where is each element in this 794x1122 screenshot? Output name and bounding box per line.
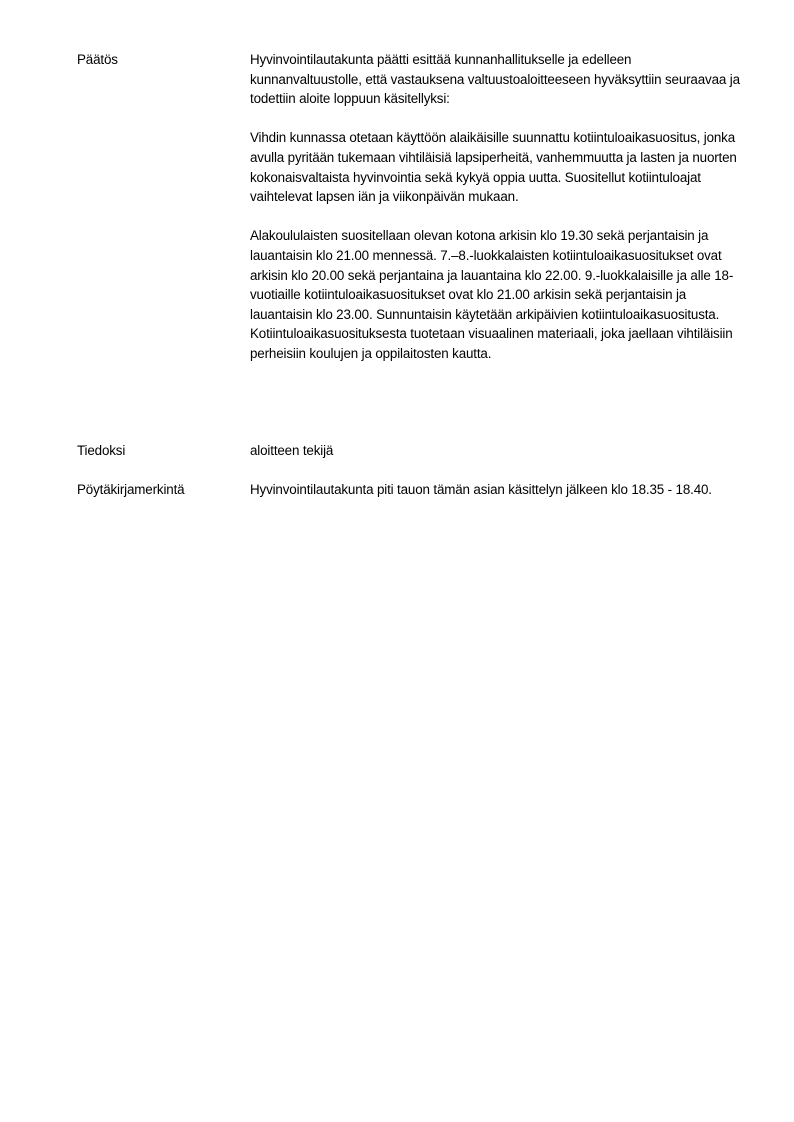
minutes-note: Hyvinvointilautakunta piti tauon tämän a… xyxy=(250,480,740,500)
section-tiedoksi: Tiedoksi aloitteen tekijä xyxy=(77,441,747,461)
decision-curfew-times-paragraph: Alakoululaisten suositellaan olevan koto… xyxy=(250,226,740,363)
decision-intro-paragraph: Hyvinvointilautakunta päätti esittää kun… xyxy=(250,50,740,109)
decision-recommendation-paragraph: Vihdin kunnassa otetaan käyttöön alaikäi… xyxy=(250,128,740,206)
section-label: Päätös xyxy=(77,50,250,364)
notification-recipient: aloitteen tekijä xyxy=(250,441,740,461)
document-page: Päätös Hyvinvointilautakunta päätti esit… xyxy=(0,0,794,1122)
section-paatos: Päätös Hyvinvointilautakunta päätti esit… xyxy=(77,50,747,364)
section-content: aloitteen tekijä xyxy=(250,441,740,461)
section-label: Tiedoksi xyxy=(77,441,250,461)
section-poytakirjamerkinta: Pöytäkirjamerkintä Hyvinvointilautakunta… xyxy=(77,480,747,500)
section-content: Hyvinvointilautakunta päätti esittää kun… xyxy=(250,50,740,364)
section-label: Pöytäkirjamerkintä xyxy=(77,480,250,500)
section-content: Hyvinvointilautakunta piti tauon tämän a… xyxy=(250,480,740,500)
